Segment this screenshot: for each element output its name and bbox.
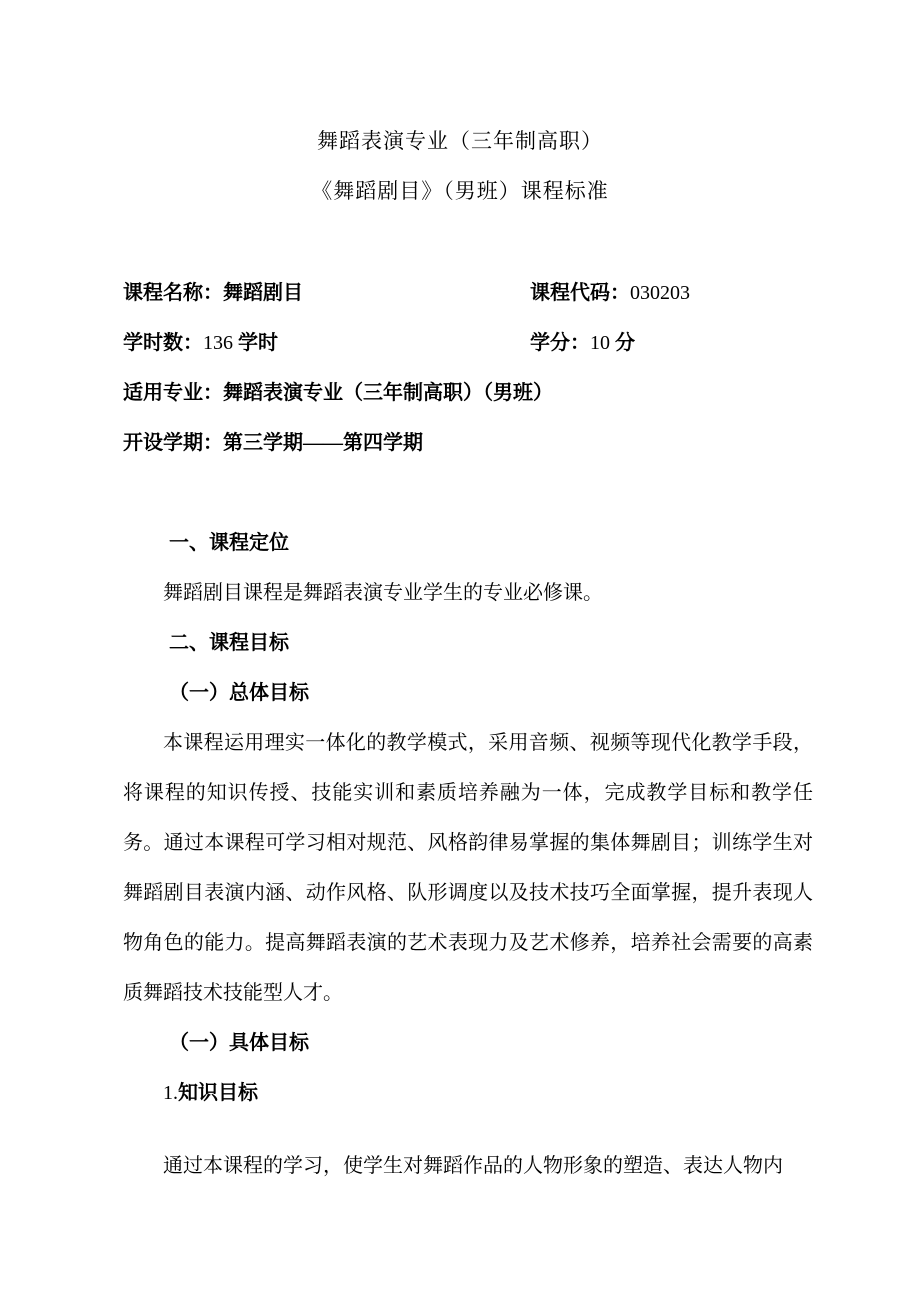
course-credit-unit: 分 xyxy=(615,332,635,354)
specific-goal-heading: （一）具体目标 xyxy=(123,1018,832,1068)
overall-goal-heading: （一）总体目标 xyxy=(123,668,832,718)
course-major-value: 舞蹈表演专业（三年制高职）（男班） xyxy=(223,382,553,404)
knowledge-goal-number: 1. xyxy=(163,1082,178,1104)
section2-heading: 二、课程目标 xyxy=(123,618,832,668)
course-code-label: 课程代码： xyxy=(530,282,630,304)
course-credit-field: 学分：10 分 xyxy=(530,318,635,368)
knowledge-goal-heading: 1.知识目标 xyxy=(123,1068,832,1118)
document-page: 舞蹈表演专业（三年制高职） 《舞蹈剧目》（男班）课程标准 课程名称：舞蹈剧目 课… xyxy=(0,0,920,1301)
course-major-label: 适用专业： xyxy=(123,382,223,404)
document-title-line2: 《舞蹈剧目》（男班）课程标准 xyxy=(0,166,920,216)
course-hours-value: 136 xyxy=(203,332,233,354)
course-code-field: 课程代码：030203 xyxy=(530,268,690,318)
course-name-label: 课程名称： xyxy=(123,282,223,304)
knowledge-goal-paragraph: 通过本课程的学习，使学生对舞蹈作品的人物形象的塑造、表达人物内 xyxy=(123,1141,813,1191)
section1-heading: 一、课程定位 xyxy=(123,518,832,568)
info-row-semester: 开设学期：第三学期——第四学期 xyxy=(123,418,832,468)
knowledge-goal-title: 知识目标 xyxy=(178,1082,258,1104)
course-code-value: 030203 xyxy=(630,282,690,304)
course-info-block: 课程名称：舞蹈剧目 课程代码：030203 学时数：136 学时 学分：10 分… xyxy=(123,268,832,468)
section1-body: 舞蹈剧目课程是舞蹈表演专业学生的专业必修课。 xyxy=(123,568,832,618)
course-credit-value: 10 xyxy=(590,332,610,354)
course-credit-label: 学分： xyxy=(530,332,590,354)
document-title-line1: 舞蹈表演专业（三年制高职） xyxy=(0,116,920,166)
title-block: 舞蹈表演专业（三年制高职） 《舞蹈剧目》（男班）课程标准 xyxy=(0,0,920,216)
course-semester-field: 开设学期：第三学期——第四学期 xyxy=(123,418,423,468)
course-hours-unit: 学时 xyxy=(238,332,278,354)
info-row-hours-credit: 学时数：136 学时 学分：10 分 xyxy=(123,318,832,368)
course-semester-label: 开设学期： xyxy=(123,432,223,454)
course-name-value: 舞蹈剧目 xyxy=(223,282,303,304)
sections-block: 一、课程定位 舞蹈剧目课程是舞蹈表演专业学生的专业必修课。 二、课程目标 （一）… xyxy=(123,518,832,1191)
overall-goal-paragraph: 本课程运用理实一体化的教学模式，采用音频、视频等现代化教学手段，将课程的知识传授… xyxy=(123,718,813,1018)
course-name-field: 课程名称：舞蹈剧目 xyxy=(123,268,530,318)
course-major-field: 适用专业：舞蹈表演专业（三年制高职）（男班） xyxy=(123,368,553,418)
course-hours-label: 学时数： xyxy=(123,332,203,354)
page-content: 课程名称：舞蹈剧目 课程代码：030203 学时数：136 学时 学分：10 分… xyxy=(0,268,920,1191)
info-row-major: 适用专业：舞蹈表演专业（三年制高职）（男班） xyxy=(123,368,832,418)
course-hours-field: 学时数：136 学时 xyxy=(123,318,530,368)
info-row-name-code: 课程名称：舞蹈剧目 课程代码：030203 xyxy=(123,268,832,318)
course-semester-value: 第三学期——第四学期 xyxy=(223,432,423,454)
